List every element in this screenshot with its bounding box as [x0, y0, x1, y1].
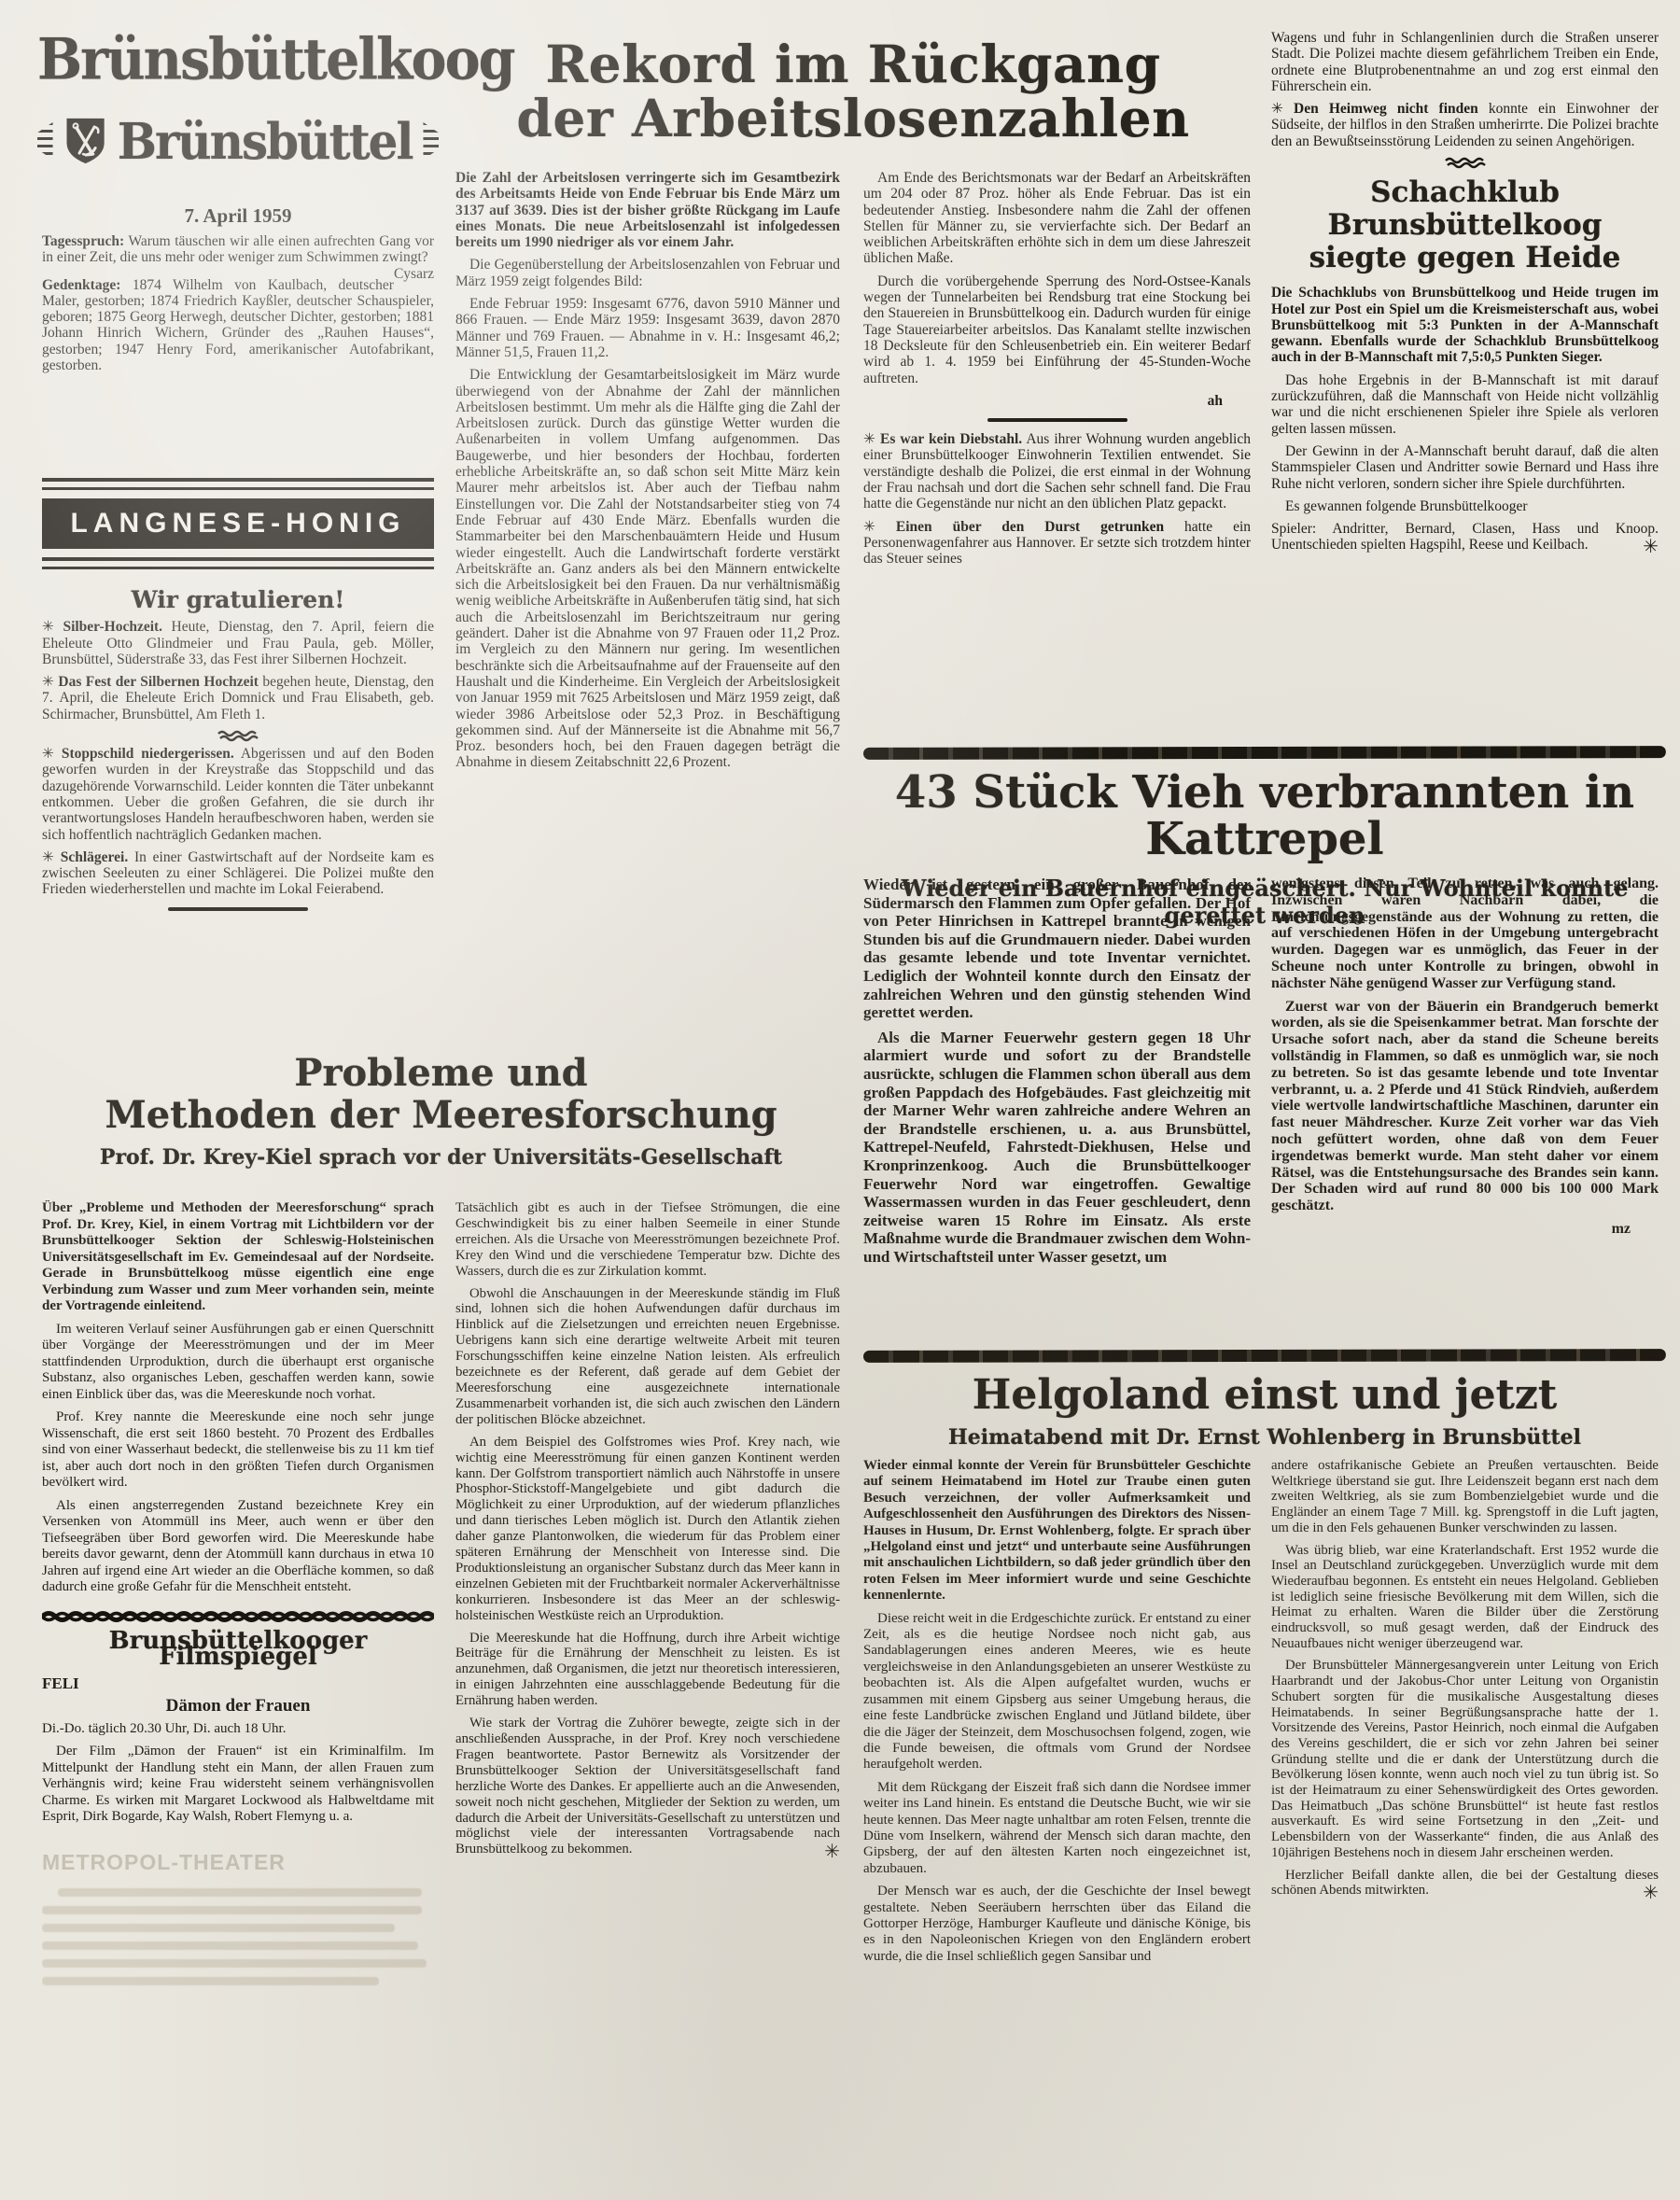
paragraph: Ende Februar 1959: Insgesamt 6776, davon… [455, 296, 840, 360]
paragraph: Die Entwicklung der Gesamtarbeitslosigke… [455, 367, 840, 770]
right-column-top: Wagens und fuhr in Schlangenlinien durch… [1271, 30, 1659, 560]
news-item: ✳ Schlägerei. In einer Gastwirtschaft au… [42, 849, 434, 898]
rule-double [42, 557, 434, 569]
news-item: ✳ Einen über den Durst getrunken hatte e… [863, 519, 1251, 568]
vieh-headline: 43 Stück Vieh verbrannten in Kattrepel [863, 769, 1666, 863]
paragraph: Im weiteren Verlauf seiner Ausführungen … [42, 1322, 434, 1404]
paragraph: Wie stark der Vortrag die Zuhörer bewegt… [455, 1716, 840, 1857]
divider-heavy [863, 746, 1666, 760]
meeres-subtitle: Prof. Dr. Krey-Kiel sprach vor der Unive… [42, 1145, 840, 1170]
paragraph: Mit dem Rückgang der Eiszeit fraß sich d… [863, 1780, 1251, 1877]
film-review: Der Film „Dämon der Frauen“ ist ein Krim… [42, 1744, 434, 1826]
end-star-icon: ✳ [1643, 537, 1659, 555]
newspaper-page: Brünsbüttelkoog Brünsbüttel 7. April 195… [0, 0, 1680, 2200]
news-item: ✳ Stoppschild niedergerissen. Abgerissen… [42, 746, 434, 843]
paragraph: Herzlicher Beifall dankte allen, die bei… [1271, 1868, 1659, 1899]
rekord-headline: Rekord im Rückgang der Arbeitslosenzahle… [455, 37, 1251, 146]
helgoland-column-2: andere ostafrikanische Gebiete an Preuße… [1271, 1458, 1659, 2200]
meeres-column-1: Über „Probleme und Methoden der Meeresfo… [42, 1200, 434, 2200]
paragraph: Durch die vorübergehende Sperrung des No… [863, 273, 1251, 386]
paragraph: Es gewannen folgende Brunsbüttelkooger [1271, 498, 1659, 514]
metropol-ghost-heading: METROPOL-THEATER [42, 1850, 434, 1875]
flourish-right-icon [423, 122, 439, 160]
paragraph: Der Gewinn in der A-Mannschaft beruht da… [1271, 443, 1659, 492]
paragraph: An dem Beispiel des Golfstromes wies Pro… [455, 1435, 840, 1624]
vieh-column-1: Wieder ist gestern ein großer Bauernhof … [863, 876, 1251, 1272]
paragraph: Der Brunsbütteler Männergesangverein unt… [1271, 1658, 1659, 1860]
paragraph: Obwohl die Anschauungen in der Meereskun… [455, 1286, 840, 1428]
showtimes: Di.-Do. täglich 20.30 Uhr, Di. auch 18 U… [42, 1721, 434, 1738]
end-star-icon: ✳ [1629, 1883, 1659, 1901]
paragraph: Spieler: Andritter, Bernard, Clasen, Has… [1271, 521, 1659, 554]
rekord-column-2: Am Ende des Berichtsmonats war der Bedar… [863, 170, 1251, 574]
filmspiegel-heading: Brunsbüttelkooger Filmspiegel [42, 1633, 434, 1666]
helgoland-subtitle: Heimatabend mit Dr. Ernst Wohlenberg in … [863, 1425, 1666, 1450]
paragraph: Was übrig blieb, war eine Kraterlandscha… [1271, 1543, 1659, 1652]
cinema-name: FELI [42, 1675, 434, 1692]
gratulieren-section: Wir gratulieren! ✳ Silber-Hochzeit. Heut… [42, 592, 434, 920]
article-lead: Die Schachklubs von Brunsbüttelkoog und … [1271, 285, 1659, 365]
paragraph: Die Gegenüberstellung der Arbeitslosenza… [455, 257, 840, 289]
paragraph: Prof. Krey nannte die Meereskunde eine n… [42, 1409, 434, 1492]
paragraph: Am Ende des Berichtsmonats war der Bedar… [863, 170, 1251, 267]
news-item: ✳ Silber-Hochzeit. Heute, Dienstag, den … [42, 619, 434, 667]
article-lead: Über „Probleme und Methoden der Meeresfo… [42, 1200, 434, 1315]
city-crest-anchor-icon [64, 96, 106, 186]
paragraph: Die Meereskunde hat die Hoffnung, durch … [455, 1631, 840, 1710]
squiggle-divider-icon [214, 729, 262, 742]
flourish-left-icon [37, 122, 53, 160]
langnese-ad: LANGNESE-HONIG [42, 498, 434, 549]
author-initials: ah [863, 393, 1251, 409]
devotional-section: Tagesspruch: Warum täuschen wir alle ein… [42, 233, 434, 380]
ghost-line [42, 1941, 418, 1950]
meeres-headline-block: Probleme und Methoden der Meeresforschun… [42, 1053, 840, 1170]
article-lead: Wieder einmal konnte der Verein für Brun… [863, 1458, 1251, 1604]
film-title: Dämon der Frauen [42, 1698, 434, 1715]
divider-heavy [863, 1349, 1666, 1363]
meeres-headline: Probleme und Methoden der Meeresforschun… [42, 1053, 840, 1137]
ghost-line [42, 1924, 395, 1932]
paragraph: Diese reicht weit in die Erdgeschichte z… [863, 1611, 1251, 1773]
ad-section: LANGNESE-HONIG [42, 478, 434, 569]
issue-date: 7. April 1959 [37, 204, 439, 228]
news-item: ✳ Das Fest der Silbernen Hochzeit begehe… [42, 674, 434, 722]
masthead-title-line2: Brünsbüttel [118, 111, 413, 170]
tagesspruch-author: Cysarz [394, 266, 434, 282]
article-lead: Wieder ist gestern ein großer Bauernhof … [863, 876, 1251, 1022]
continuation-paragraph: Wagens und fuhr in Schlangenlinien durch… [1271, 30, 1659, 94]
ghost-line [42, 1977, 379, 1985]
ghost-line [42, 1959, 427, 1968]
vieh-column-2: wenigstens diesen Teil zu retten, was au… [1271, 876, 1659, 1244]
tagesspruch-label: Tagesspruch: [42, 233, 124, 249]
rekord-column-1: Die Zahl der Arbeitslosen verringerte si… [455, 170, 840, 778]
rule-short [168, 907, 308, 911]
paragraph: wenigstens diesen Teil zu retten, was au… [1271, 876, 1659, 992]
squiggle-divider-icon [1441, 156, 1490, 169]
rule-double [42, 478, 434, 490]
paragraph: andere ostafrikanische Gebiete an Preuße… [1271, 1458, 1659, 1536]
paragraph: Als die Marner Feuerwehr gestern gegen 1… [863, 1029, 1251, 1267]
schach-headline: Schachklub Brunsbüttelkoog siegte gegen … [1271, 176, 1659, 273]
rope-divider-icon [42, 1609, 434, 1624]
ghost-line [58, 1888, 423, 1897]
paragraph: Als einen angsterregenden Zustand bezeic… [42, 1498, 434, 1596]
masthead: Brünsbüttelkoog Brünsbüttel 7. April 195… [37, 28, 439, 228]
rule-short [987, 418, 1127, 422]
helgoland-headline: Helgoland einst und jetzt [863, 1374, 1666, 1417]
tagesspruch: Tagesspruch: Warum täuschen wir alle ein… [42, 233, 434, 266]
masthead-title-line1: Brünsbüttelkoog [37, 26, 439, 93]
news-item: ✳ Es war kein Diebstahl. Aus ihrer Wohnu… [863, 431, 1251, 511]
meeres-column-2: Tatsächlich gibt es auch in der Tiefsee … [455, 1200, 840, 2200]
paragraph: Zuerst war von der Bäuerin ein Brandgeru… [1271, 999, 1659, 1214]
author-initials: mz [1271, 1221, 1659, 1238]
article-lead: Die Zahl der Arbeitslosen verringerte si… [455, 170, 840, 250]
helgoland-column-1: Wieder einmal konnte der Verein für Brun… [863, 1458, 1251, 2200]
ghost-text-block [42, 1888, 434, 1985]
news-item: ✳ Den Heimweg nicht finden konnte ein Ei… [1271, 101, 1659, 149]
gratulieren-heading: Wir gratulieren! [42, 592, 434, 608]
paragraph: Das hohe Ergebnis in der B-Mannschaft is… [1271, 372, 1659, 437]
end-star-icon: ✳ [810, 1842, 840, 1860]
gedenktage-label: Gedenktage: [42, 277, 120, 293]
paragraph: Tatsächlich gibt es auch in der Tiefsee … [455, 1200, 840, 1280]
ghost-line [42, 1906, 422, 1914]
gedenktage: Gedenktage: 1874 Wilhelm von Kaulbach, d… [42, 277, 434, 374]
helgoland-headline-block: Helgoland einst und jetzt Heimatabend mi… [863, 1374, 1666, 1450]
paragraph: Der Mensch war es auch, der die Geschich… [863, 1884, 1251, 1965]
